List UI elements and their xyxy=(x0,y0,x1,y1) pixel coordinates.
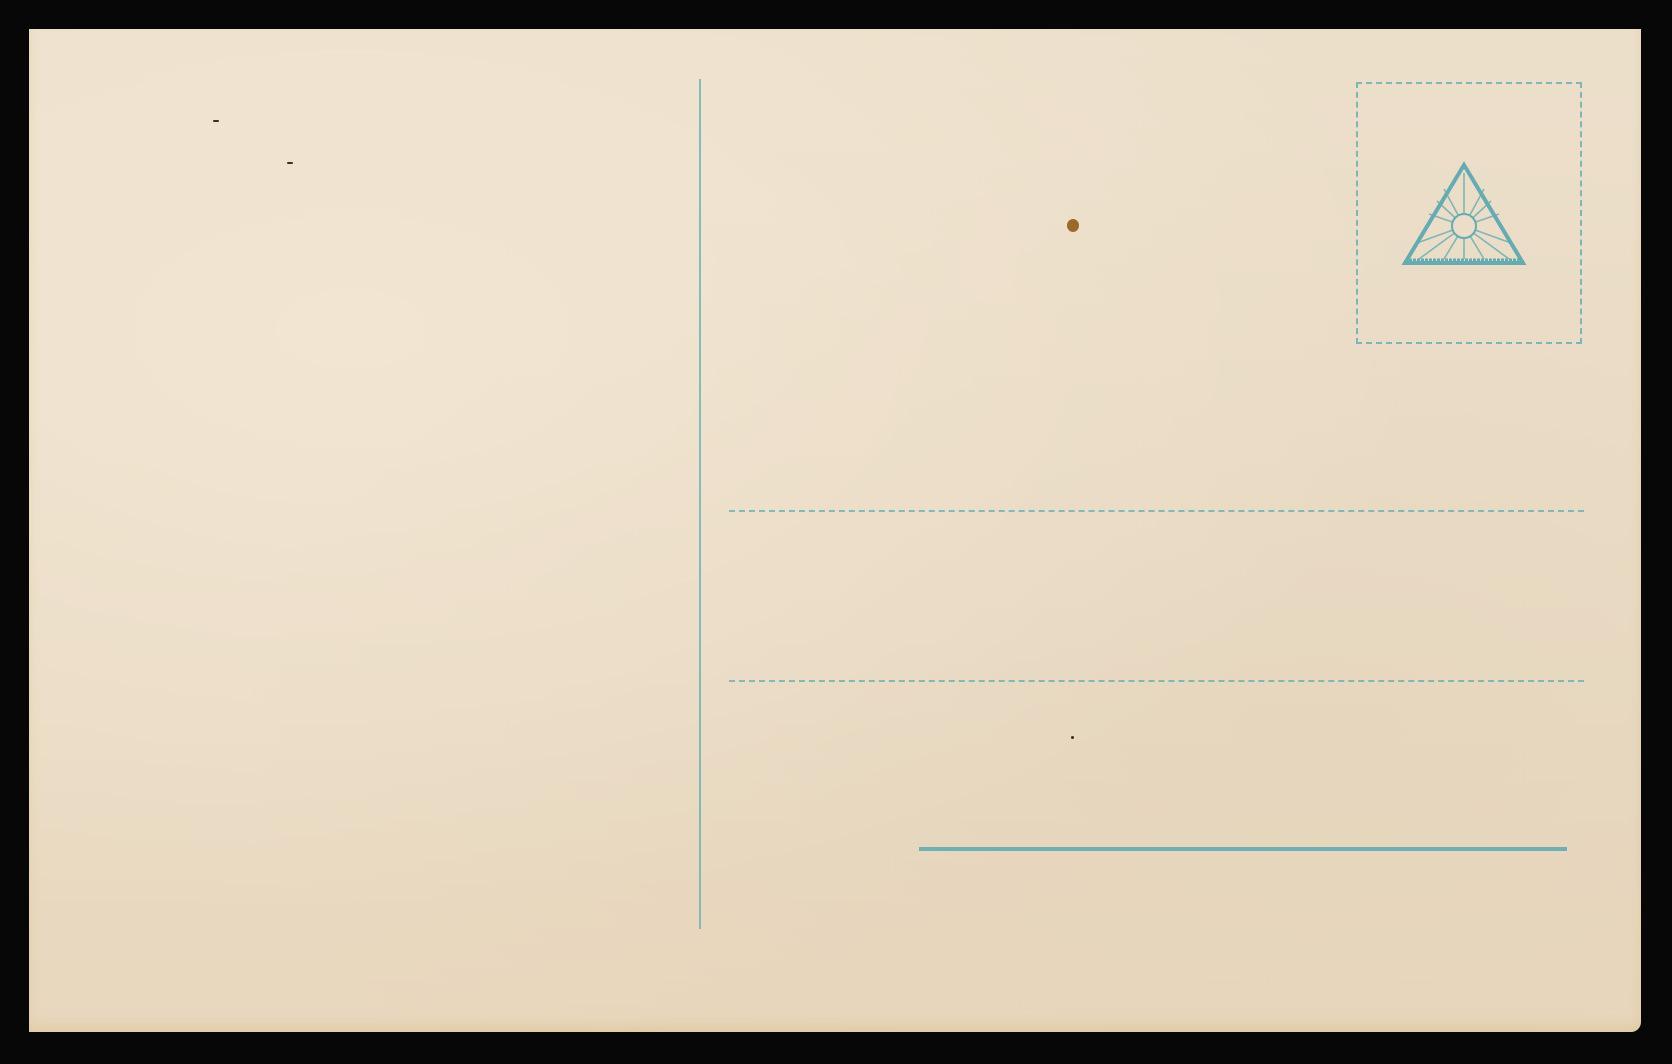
paper-stain xyxy=(1067,219,1079,232)
address-line-2 xyxy=(729,680,1584,682)
paper-speck xyxy=(287,162,293,164)
paper-speck xyxy=(213,120,219,122)
paper-speck xyxy=(1071,736,1074,739)
address-line-1 xyxy=(729,510,1584,512)
triangle-sunburst-icon xyxy=(1399,159,1529,271)
center-divider-line xyxy=(699,79,701,929)
address-line-3 xyxy=(919,847,1567,851)
postcard-back xyxy=(29,29,1641,1032)
